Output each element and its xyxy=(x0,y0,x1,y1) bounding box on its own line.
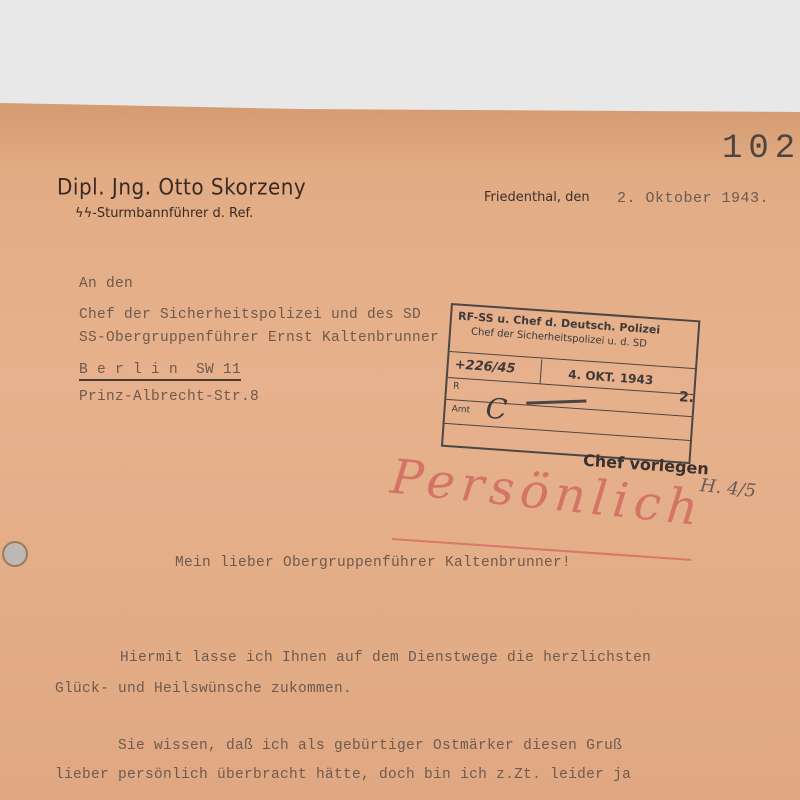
letter-date: 2. Oktober 1943. xyxy=(617,190,769,207)
recipient-street: Prinz-Albrecht-Str.8 xyxy=(79,389,259,405)
paragraph-2-line-2: lieber persönlich überbracht hätte, doch… xyxy=(55,767,631,783)
place-stamp: Friedenthal, den xyxy=(484,190,590,205)
recipient-city: B e r l i n SW 11 xyxy=(79,362,241,381)
recipient-line-1: An den xyxy=(79,276,133,292)
stamp-handwritten-mark: C xyxy=(485,392,509,426)
stamp-pen-stroke xyxy=(526,400,586,405)
paragraph-2-line-1: Sie wissen, daß ich als gebürtiger Ostmä… xyxy=(118,738,622,754)
letterhead-rank: ϟϟ-Sturmbannführer d. Ref. xyxy=(75,206,253,221)
salutation: Mein lieber Obergruppenführer Kaltenbrun… xyxy=(175,555,571,571)
stamp-date: 4. OKT. 1943 xyxy=(568,367,654,387)
paragraph-1-line-2: Glück- und Heilswünsche zukommen. xyxy=(55,681,352,697)
stamp-suffix: 2. xyxy=(678,389,694,406)
stamp-ref-number: +226/45 xyxy=(454,357,516,376)
recipient-line-3: SS-Obergruppenführer Ernst Kaltenbrunner xyxy=(79,330,439,346)
paragraph-1-line-1: Hiermit lasse ich Ihnen auf dem Dienstwe… xyxy=(120,650,651,666)
punch-hole xyxy=(2,541,28,567)
letterhead-name: Dipl. Jng. Otto Skorzeny xyxy=(57,174,306,200)
folio-number: 102 xyxy=(722,130,800,168)
received-stamp: RF-SS u. Chef d. Deutsch. Polizei Chef d… xyxy=(441,303,700,464)
stamp-row3-label: Amt xyxy=(451,404,470,415)
stamp-row2-label: R xyxy=(453,381,460,391)
recipient-line-2: Chef der Sicherheitspolizei und des SD xyxy=(79,307,421,323)
